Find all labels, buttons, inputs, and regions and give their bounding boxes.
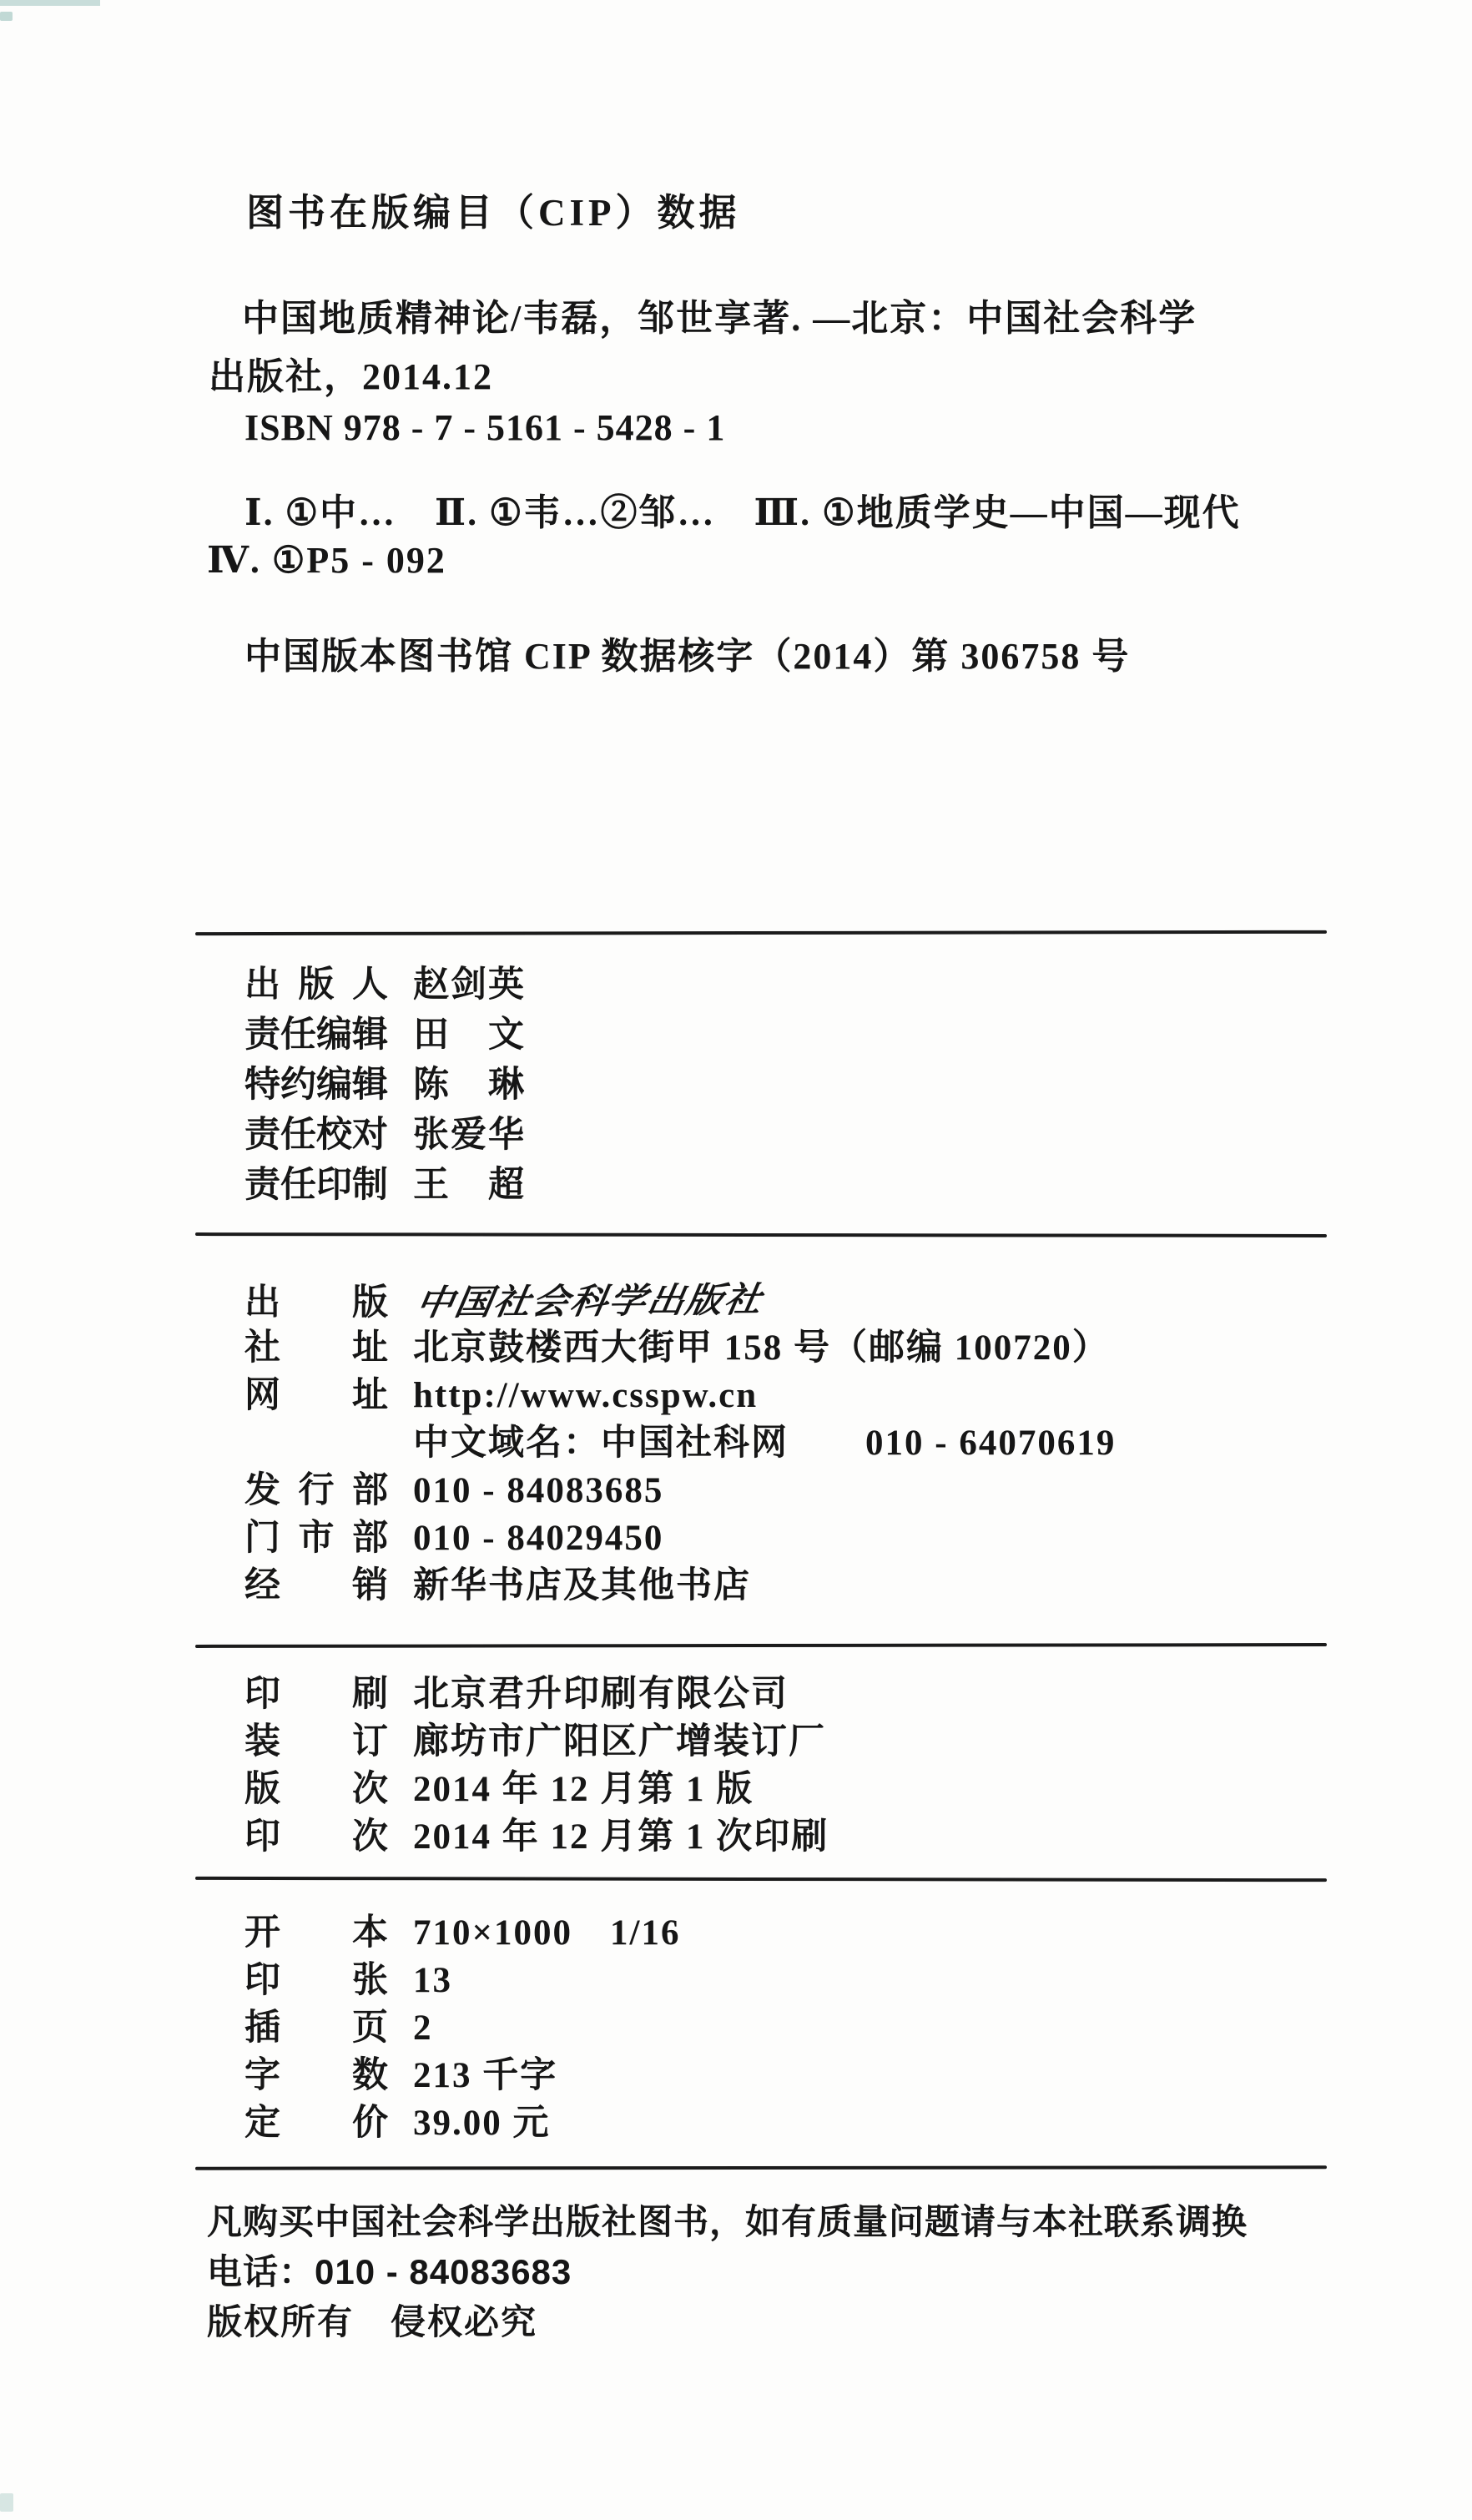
staff-value: 陈 琳 <box>413 1056 526 1107</box>
quality-notice-line: 凡购买中国社会科学出版社图书，如有质量问题请与本社联系调换 <box>207 2195 1248 2245</box>
website-url: http://www.csspw.cn <box>413 1375 758 1416</box>
format-value: 710×1000 1/16 <box>413 1904 680 1955</box>
staff-label: 特约编辑 <box>244 1056 388 1107</box>
staff-value: 张爱华 <box>413 1106 526 1157</box>
publisher-value: 北京鼓楼西大街甲 158 号（邮编 100720） <box>413 1319 1110 1370</box>
quality-notice-block: 凡购买中国社会科学出版社图书，如有质量问题请与本社联系调换 电话：010 - 8… <box>207 2195 1248 2345</box>
staff-label: 责任校对 <box>244 1106 388 1157</box>
printing-value: 2014 年 12 月第 1 次印刷 <box>413 1808 829 1859</box>
staff-row: 特约编辑 陈 琳 <box>244 1056 526 1106</box>
publisher-label: 社址 <box>244 1319 388 1370</box>
printing-label: 印次 <box>244 1808 388 1859</box>
format-label: 定价 <box>244 2094 388 2145</box>
printing-row: 装订 廊坊市广阳区广增装订厂 <box>244 1713 829 1761</box>
book-description-line-2: 出版社，2014.12 <box>209 346 493 400</box>
staff-label: 责任编辑 <box>244 1006 388 1057</box>
format-label: 开本 <box>244 1904 388 1955</box>
printing-label: 装订 <box>244 1713 388 1764</box>
scan-artifact <box>0 2493 13 2512</box>
publisher-row: 门市部 010 - 84029450 <box>244 1509 1116 1557</box>
printing-label: 印刷 <box>244 1666 388 1716</box>
scan-artifact <box>0 12 13 21</box>
format-value: 13 <box>413 1960 452 2001</box>
format-label: 字数 <box>244 2047 388 2098</box>
publisher-logo: 中国社会科学出版社 <box>413 1271 768 1325</box>
price-value: 39.00 元 <box>413 2094 551 2145</box>
staff-value: 王 超 <box>413 1157 526 1207</box>
divider-rule-4 <box>195 1877 1327 1882</box>
publisher-label: 发行部 <box>244 1462 388 1513</box>
format-block: 开本 710×1000 1/16 印张 13 插页 2 字数 213 千字 定价… <box>244 1904 680 2142</box>
staff-row: 责任校对 张爱华 <box>244 1106 526 1157</box>
format-row: 开本 710×1000 1/16 <box>244 1904 680 1952</box>
divider-rule-2 <box>195 1232 1327 1237</box>
retail-phone: 010 - 84029450 <box>413 1518 663 1559</box>
printing-value: 2014 年 12 月第 1 版 <box>413 1761 754 1812</box>
divider-rule-3 <box>195 1643 1327 1648</box>
copyright-page: 图书在版编目（CIP）数据 中国地质精神论/韦磊，邹世享著. —北京：中国社会科… <box>0 0 1472 2520</box>
format-value: 2 <box>413 2008 433 2049</box>
book-description-line-1: 中国地质精神论/韦磊，邹世享著. —北京：中国社会科学 <box>242 288 1197 341</box>
format-row: 插页 2 <box>244 1999 680 2047</box>
cn-domain-value: 中文域名：中国社科网 <box>413 1414 789 1465</box>
staff-row: 责任编辑 田 文 <box>244 1006 526 1056</box>
format-value: 213 千字 <box>413 2047 557 2098</box>
classification-line-1: Ⅰ. ①中… Ⅱ. ①韦…②邹… Ⅲ. ①地质学史—中国—现代 <box>244 482 1241 536</box>
scan-artifact <box>0 0 100 6</box>
cip-record-number: 中国版本图书馆 CIP 数据核字（2014）第 306758 号 <box>244 626 1130 679</box>
seller-value: 新华书店及其他书店 <box>413 1557 751 1608</box>
cip-title: 图书在版编目（CIP）数据 <box>246 182 741 236</box>
printing-block: 印刷 北京君升印刷有限公司 装订 廊坊市广阳区广增装订厂 版次 2014 年 1… <box>244 1666 829 1856</box>
format-label: 印张 <box>244 1952 388 2003</box>
printing-row: 版次 2014 年 12 月第 1 版 <box>244 1761 829 1808</box>
staff-label: 出版人 <box>244 956 388 1007</box>
publisher-row: 出版 中国社会科学出版社 <box>244 1272 1116 1319</box>
isbn-line: ISBN 978 - 7 - 5161 - 5428 - 1 <box>244 406 725 449</box>
staff-row: 责任印制 王 超 <box>244 1157 526 1207</box>
publisher-label: 门市部 <box>244 1509 388 1560</box>
divider-rule-1 <box>195 930 1327 935</box>
publisher-label: 网址 <box>244 1367 388 1418</box>
printing-row: 印次 2014 年 12 月第 1 次印刷 <box>244 1808 829 1856</box>
printing-value: 北京君升印刷有限公司 <box>413 1666 789 1716</box>
staff-value: 田 文 <box>413 1006 526 1057</box>
service-phone-line: 电话：010 - 84083683 <box>207 2245 1248 2295</box>
staff-label: 责任印制 <box>244 1157 388 1207</box>
publisher-row: 发行部 010 - 84083685 <box>244 1462 1116 1509</box>
publisher-block: 出版 中国社会科学出版社 社址 北京鼓楼西大街甲 158 号（邮编 100720… <box>244 1272 1116 1605</box>
printing-value: 廊坊市广阳区广增装订厂 <box>413 1713 826 1764</box>
publisher-label: 经销 <box>244 1557 388 1608</box>
divider-rule-5 <box>195 2165 1327 2170</box>
staff-row: 出版人 赵剑英 <box>244 956 526 1006</box>
classification-line-2: Ⅳ. ①P5 - 092 <box>207 539 446 582</box>
publisher-row: 社址 北京鼓楼西大街甲 158 号（邮编 100720） <box>244 1319 1116 1367</box>
format-row: 印张 13 <box>244 1952 680 1999</box>
publisher-row: 网址 http://www.csspw.cn <box>244 1367 1116 1414</box>
printing-label: 版次 <box>244 1761 388 1812</box>
distribution-phone: 010 - 84083685 <box>413 1470 663 1511</box>
format-row: 定价 39.00 元 <box>244 2094 680 2142</box>
format-row: 字数 213 千字 <box>244 2047 680 2094</box>
publisher-label: 出版 <box>244 1274 388 1325</box>
publisher-row: 中文域名：中国社科网 010 - 64070619 <box>244 1414 1116 1462</box>
staff-value: 赵剑英 <box>413 956 526 1007</box>
copyright-warning-line: 版权所有 侵权必究 <box>207 2295 1248 2345</box>
format-label: 插页 <box>244 1999 388 2050</box>
staff-credits-block: 出版人 赵剑英 责任编辑 田 文 特约编辑 陈 琳 责任校对 张爱华 责任印制 … <box>244 956 526 1207</box>
publisher-row: 经销 新华书店及其他书店 <box>244 1557 1116 1605</box>
printing-row: 印刷 北京君升印刷有限公司 <box>244 1666 829 1713</box>
cn-domain-phone: 010 - 64070619 <box>865 1423 1116 1464</box>
